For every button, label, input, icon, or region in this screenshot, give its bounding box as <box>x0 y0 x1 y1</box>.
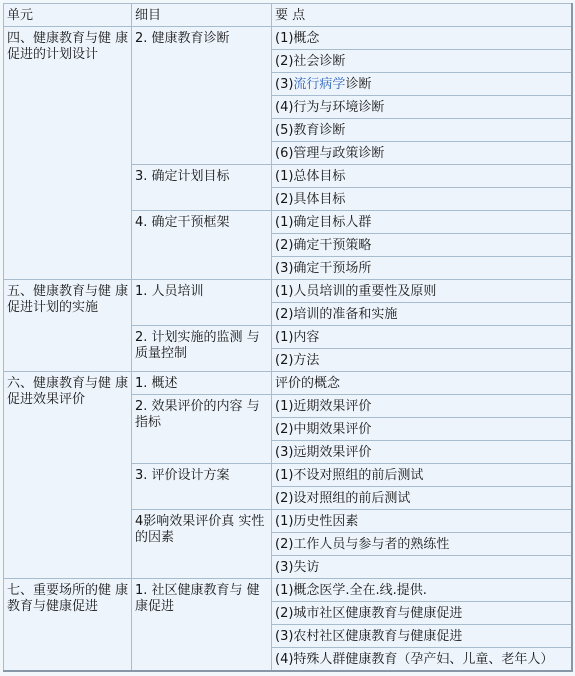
point-cell: (2)城市社区健康教育与健康促进 <box>272 602 572 625</box>
detail-cell: 1. 概述 <box>132 372 272 395</box>
detail-cell: 3. 确定计划目标 <box>132 165 272 211</box>
point-cell: (2)培训的准备和实施 <box>272 303 572 326</box>
table-row: 六、健康教育与健 康促进效果评价1. 概述评价的概念 <box>4 372 572 395</box>
detail-cell: 2. 健康教育诊断 <box>132 27 272 165</box>
unit-cell: 六、健康教育与健 康促进效果评价 <box>4 372 132 579</box>
header-detail: 细目 <box>132 4 272 27</box>
point-cell: (1)内容 <box>272 326 572 349</box>
header-row: 单元 细目 要 点 <box>4 4 572 27</box>
unit-cell: 五、健康教育与健 康促进计划的实施 <box>4 280 132 372</box>
point-cell: (2)方法 <box>272 349 572 372</box>
point-cell: (1)近期效果评价 <box>272 395 572 418</box>
point-cell: (1)不设对照组的前后测试 <box>272 464 572 487</box>
point-cell: (2)中期效果评价 <box>272 418 572 441</box>
point-cell: (2)具体目标 <box>272 188 572 211</box>
detail-cell: 1. 人员培训 <box>132 280 272 326</box>
point-cell: (1)历史性因素 <box>272 510 572 533</box>
point-cell: (3)农村社区健康教育与健康促进 <box>272 625 572 648</box>
syllabus-table: 单元 细目 要 点 四、健康教育与健 康促进的计划设计2. 健康教育诊断(1)概… <box>3 3 573 672</box>
epidemiology-link[interactable]: 流行病学 <box>293 77 345 92</box>
detail-cell: 2. 效果评价的内容 与指标 <box>132 395 272 464</box>
point-cell: (4)特殊人群健康教育（孕产妇、儿童、老年人） <box>272 648 572 672</box>
point-cell: (3)失访 <box>272 556 572 579</box>
point-cell: (3)流行病学诊断 <box>272 73 572 96</box>
point-text: (3) <box>275 77 293 92</box>
detail-cell: 3. 评价设计方案 <box>132 464 272 510</box>
point-cell: (3)远期效果评价 <box>272 441 572 464</box>
point-cell: (4)行为与环境诊断 <box>272 96 572 119</box>
point-cell: (1)确定目标人群 <box>272 211 572 234</box>
detail-cell: 1. 社区健康教育与 健康促进 <box>132 579 272 672</box>
point-text: 诊断 <box>345 77 371 92</box>
page: 单元 细目 要 点 四、健康教育与健 康促进的计划设计2. 健康教育诊断(1)概… <box>0 0 575 676</box>
point-cell: (1)总体目标 <box>272 165 572 188</box>
point-cell: (5)教育诊断 <box>272 119 572 142</box>
point-cell: (2)设对照组的前后测试 <box>272 487 572 510</box>
detail-cell: 4. 确定干预框架 <box>132 211 272 280</box>
unit-cell: 四、健康教育与健 康促进的计划设计 <box>4 27 132 280</box>
point-cell: (2)确定干预策略 <box>272 234 572 257</box>
detail-cell: 4影响效果评价真 实性的因素 <box>132 510 272 579</box>
point-cell: (1)概念医学.全在.线.提供. <box>272 579 572 602</box>
point-cell: (6)管理与政策诊断 <box>272 142 572 165</box>
unit-cell: 七、重要场所的健 康教育与健康促进 <box>4 579 132 672</box>
syllabus-table-body: 四、健康教育与健 康促进的计划设计2. 健康教育诊断(1)概念(2)社会诊断(3… <box>4 27 572 672</box>
point-cell: (3)确定干预场所 <box>272 257 572 280</box>
header-unit: 单元 <box>4 4 132 27</box>
header-points: 要 点 <box>272 4 572 27</box>
table-row: 四、健康教育与健 康促进的计划设计2. 健康教育诊断(1)概念 <box>4 27 572 50</box>
table-row: 五、健康教育与健 康促进计划的实施1. 人员培训(1)人员培训的重要性及原则 <box>4 280 572 303</box>
point-cell: (2)工作人员与参与者的熟练性 <box>272 533 572 556</box>
detail-cell: 2. 计划实施的监测 与质量控制 <box>132 326 272 372</box>
point-cell: 评价的概念 <box>272 372 572 395</box>
point-cell: (1)概念 <box>272 27 572 50</box>
point-cell: (1)人员培训的重要性及原则 <box>272 280 572 303</box>
table-row: 七、重要场所的健 康教育与健康促进1. 社区健康教育与 健康促进(1)概念医学.… <box>4 579 572 602</box>
point-cell: (2)社会诊断 <box>272 50 572 73</box>
